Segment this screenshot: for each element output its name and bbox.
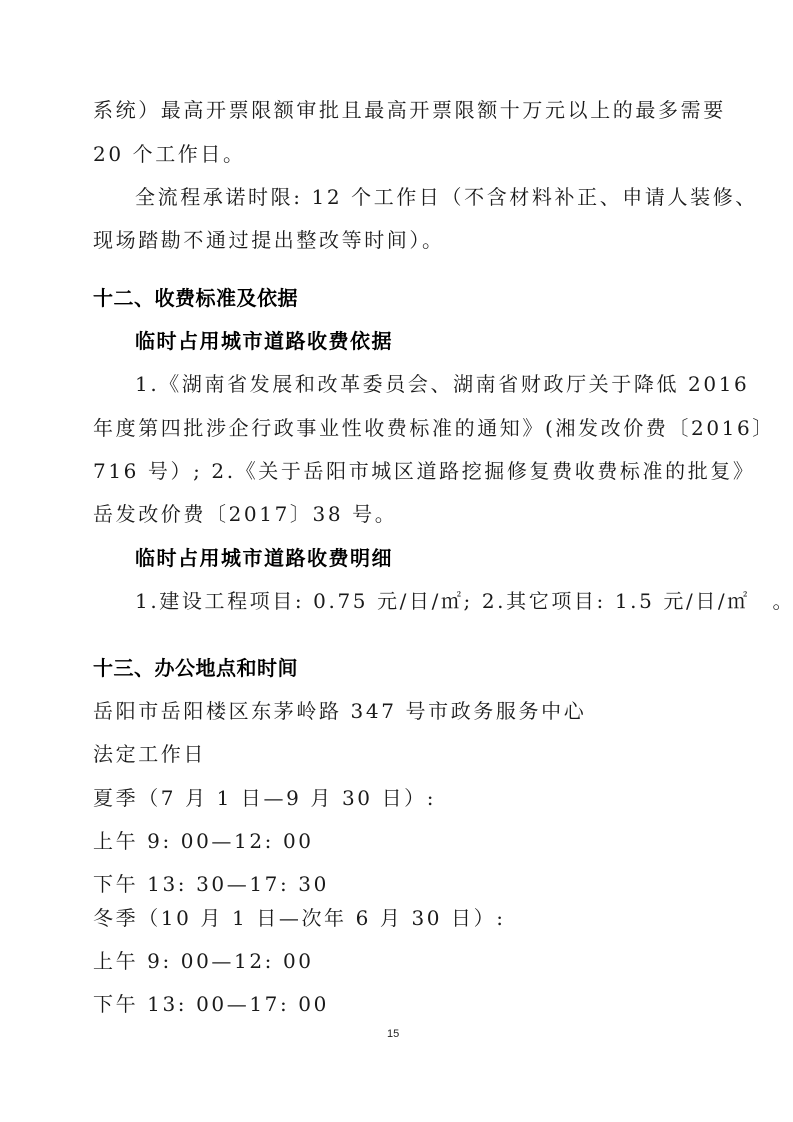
- summer-afternoon-hours: 下午 13: 30—17: 30: [93, 872, 329, 896]
- fee-basis-line: 年度第四批涉企行政事业性收费标准的通知》(湘发改价费〔2016〕: [93, 416, 775, 440]
- office-address: 岳阳市岳阳楼区东茅岭路 347 号市政务服务中心: [93, 699, 586, 723]
- winter-label: 冬季（10 月 1 日—次年 6 月 30 日）:: [93, 906, 506, 930]
- paragraph-line: 现场踏勘不通过提出整改等时间）。: [93, 228, 445, 252]
- fee-basis-line: 716 号）; 2.《关于岳阳市城区道路挖掘修复费收费标准的批复》: [93, 459, 756, 483]
- document-page: 系统）最高开票限额审批且最高开票限额十万元以上的最多需要 20 个工作日。 全流…: [0, 0, 793, 1122]
- paragraph-line: 20 个工作日。: [93, 142, 246, 166]
- page-number: 15: [387, 1028, 399, 1040]
- summer-label: 夏季（7 月 1 日—9 月 30 日）:: [93, 786, 436, 810]
- paragraph-line: 全流程承诺时限: 12 个工作日（不含材料补正、申请人装修、: [135, 185, 758, 209]
- fee-basis-line: 岳发改价费〔2017〕38 号。: [93, 502, 397, 526]
- fee-detail-line: 1.建设工程项目: 0.75 元/日/㎡; 2.其它项目: 1.5 元/日/㎡ …: [135, 589, 793, 613]
- paragraph-line: 系统）最高开票限额审批且最高开票限额十万元以上的最多需要: [93, 98, 726, 122]
- fee-basis-line: 1.《湖南省发展和改革委员会、湖南省财政厅关于降低 2016: [135, 372, 749, 396]
- fee-detail-heading: 临时占用城市道路收费明细: [135, 546, 393, 570]
- section-heading-13: 十三、办公地点和时间: [93, 656, 298, 680]
- section-heading-12: 十二、收费标准及依据: [93, 286, 298, 310]
- winter-morning-hours: 上午 9: 00—12: 00: [93, 949, 314, 973]
- fee-basis-heading: 临时占用城市道路收费依据: [135, 329, 393, 353]
- workday-label: 法定工作日: [93, 742, 206, 766]
- winter-afternoon-hours: 下午 13: 00—17: 00: [93, 992, 329, 1016]
- summer-morning-hours: 上午 9: 00—12: 00: [93, 829, 314, 853]
